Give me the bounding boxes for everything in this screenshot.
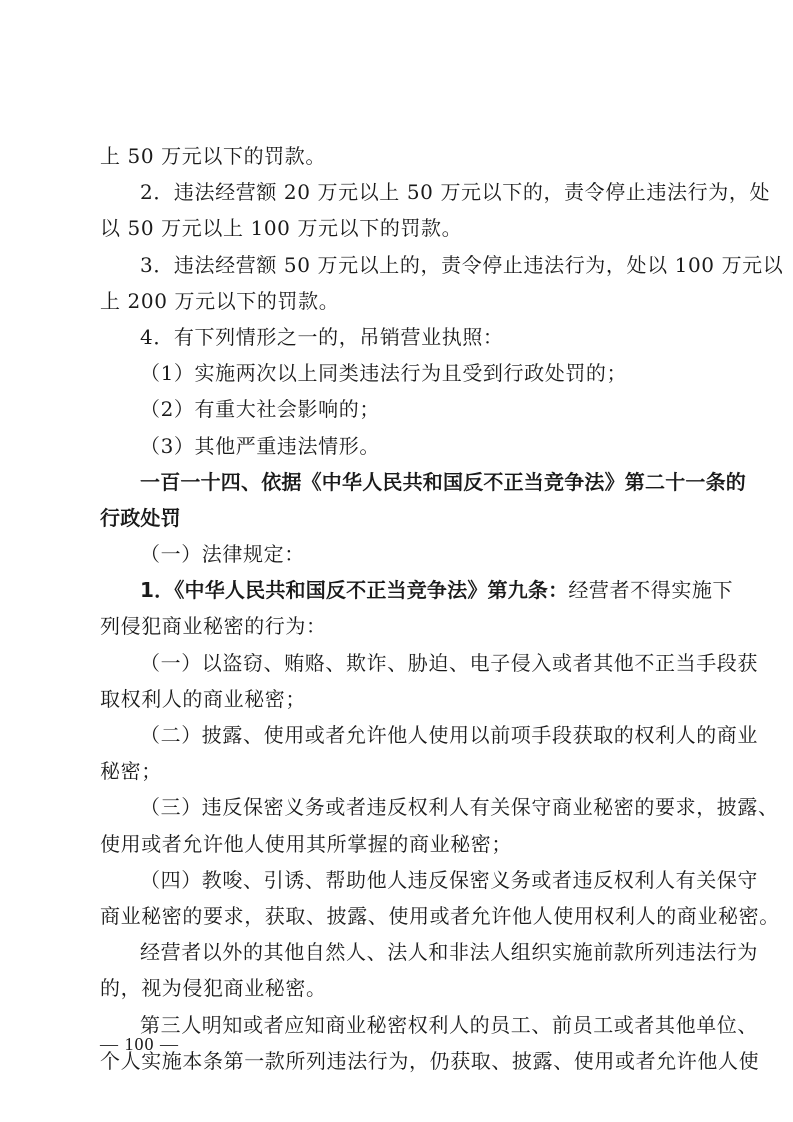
text-line: （一）以盗窃、贿赂、欺诈、胁迫、电子侵入或者其他不正当手段获 [100,645,700,681]
text-line: 3．违法经营额 50 万元以上的，责令停止违法行为，处以 100 万元以 [100,247,700,283]
text-line: 第三人明知或者应知商业秘密权利人的员工、前员工或者其他单位、 [100,1007,700,1043]
text-line: 上 200 万元以下的罚款。 [100,283,700,319]
page-number: — 100 — [100,1034,179,1055]
list-item: （2）有重大社会影响的； [100,391,700,427]
list-item: （1）实施两次以上同类违法行为且受到行政处罚的； [100,355,700,391]
text-line: （三）违反保密义务或者违反权利人有关保守商业秘密的要求，披露、 [100,789,700,825]
subsection-heading: （一）法律规定： [100,536,700,572]
text-line: （二）披露、使用或者允许他人使用以前项手段获取的权利人的商业 [100,717,700,753]
text-line: 经营者以外的其他自然人、法人和非法人组织实施前款所列违法行为 [100,934,700,970]
document-page: 上 50 万元以下的罚款。 2．违法经营额 20 万元以上 50 万元以下的，责… [100,138,700,1079]
text-line: （四）教唆、引诱、帮助他人违反保密义务或者违反权利人有关保守 [100,862,700,898]
text-line: 上 50 万元以下的罚款。 [100,138,700,174]
text-line: 4．有下列情形之一的，吊销营业执照： [100,319,700,355]
text-line: 以 50 万元以上 100 万元以下的罚款。 [100,210,700,246]
section-heading-continued: 行政处罚 [100,500,700,536]
list-item: （3）其他严重违法情形。 [100,428,700,464]
law-citation-line: 1．《中华人民共和国反不正当竞争法》第九条：经营者不得实施下 [100,572,700,608]
text-line: 2．违法经营额 20 万元以上 50 万元以下的，责令停止违法行为，处 [100,174,700,210]
text-line: 列侵犯商业秘密的行为： [100,608,700,644]
text-line: 商业秘密的要求，获取、披露、使用或者允许他人使用权利人的商业秘密。 [100,898,700,934]
text-line: 个人实施本条第一款所列违法行为，仍获取、披露、使用或者允许他人使 [100,1043,700,1079]
law-citation: 1．《中华人民共和国反不正当竞争法》第九条： [140,578,568,602]
section-heading: 一百一十四、依据《中华人民共和国反不正当竞争法》第二十一条的 [100,464,700,500]
text-line: 使用或者允许他人使用其所掌握的商业秘密； [100,826,700,862]
text-line: 秘密； [100,753,700,789]
law-text: 经营者不得实施下 [568,578,733,602]
text-line: 取权利人的商业秘密； [100,681,700,717]
text-line: 的，视为侵犯商业秘密。 [100,970,700,1006]
